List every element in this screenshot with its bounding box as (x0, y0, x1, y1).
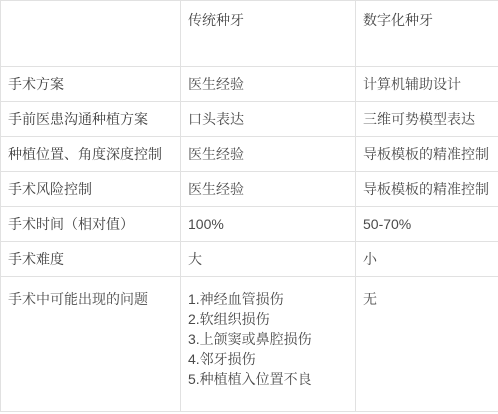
digital-cell: 三维可势模型表达 (356, 102, 498, 137)
traditional-cell: 医生经验 (181, 67, 356, 102)
digital-cell: 50-70% (356, 207, 498, 242)
table-header-row: 传统种牙 数字化种牙 (1, 1, 498, 67)
row-label: 手术难度 (1, 242, 181, 277)
header-traditional-implant: 传统种牙 (181, 1, 356, 67)
digital-cell: 无 (356, 277, 498, 412)
traditional-cell: 大 (181, 242, 356, 277)
implant-comparison-table: 传统种牙 数字化种牙 手术方案 医生经验 计算机辅助设计 手前医患沟通种植方案 … (0, 0, 498, 412)
table-row-risk-control: 手术风险控制 医生经验 导板模板的精准控制 (1, 172, 498, 207)
traditional-cell: 医生经验 (181, 172, 356, 207)
table-row-surgical-plan: 手术方案 医生经验 计算机辅助设计 (1, 67, 498, 102)
table-row-preop-communication: 手前医患沟通种植方案 口头表达 三维可势模型表达 (1, 102, 498, 137)
digital-cell: 导板模板的精准控制 (356, 137, 498, 172)
traditional-cell-problem-list: 1.神经血管损伤 2.软组织损伤 3.上颌窦或鼻腔损伤 4.邻牙损伤 5.种植植… (181, 277, 356, 412)
table-row-surgery-time: 手术时间（相对值） 100% 50-70% (1, 207, 498, 242)
digital-cell: 小 (356, 242, 498, 277)
table-row-possible-problems: 手术中可能出现的问题 1.神经血管损伤 2.软组织损伤 3.上颌窦或鼻腔损伤 4… (1, 277, 498, 412)
digital-cell: 导板模板的精准控制 (356, 172, 498, 207)
traditional-cell: 100% (181, 207, 356, 242)
row-label: 手术中可能出现的问题 (1, 277, 181, 412)
traditional-cell: 口头表达 (181, 102, 356, 137)
row-label: 手术风险控制 (1, 172, 181, 207)
table-row-difficulty: 手术难度 大 小 (1, 242, 498, 277)
header-empty-cell (1, 1, 181, 67)
table-row-position-angle-depth: 种植位置、角度深度控制 医生经验 导板模板的精准控制 (1, 137, 498, 172)
row-label: 手前医患沟通种植方案 (1, 102, 181, 137)
row-label: 手术方案 (1, 67, 181, 102)
traditional-cell: 医生经验 (181, 137, 356, 172)
row-label: 手术时间（相对值） (1, 207, 181, 242)
digital-cell: 计算机辅助设计 (356, 67, 498, 102)
row-label: 种植位置、角度深度控制 (1, 137, 181, 172)
header-digital-implant: 数字化种牙 (356, 1, 498, 67)
